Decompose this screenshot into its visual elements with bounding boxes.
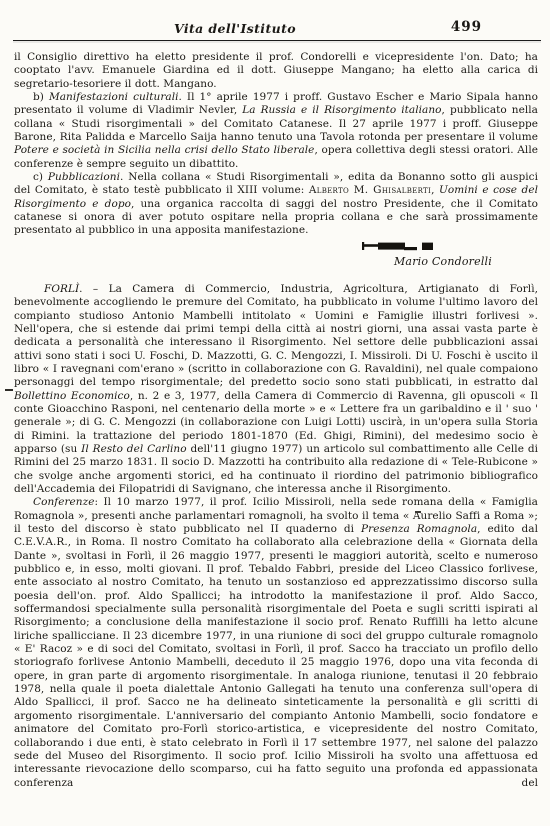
signature-name: Mario Condorelli bbox=[14, 255, 492, 268]
paragraph-pubblicazioni: c) Pubblicazioni. Nella collana « Studi … bbox=[14, 171, 538, 238]
italic-run: Bollettino Economico bbox=[14, 390, 130, 402]
running-title: Vita dell'Istituto bbox=[14, 21, 456, 36]
text-run: c) bbox=[33, 171, 48, 183]
ink-smudge-icon bbox=[362, 241, 440, 252]
text-run: b) bbox=[33, 91, 49, 103]
paragraph-consiglio-direttivo: il Consiglio direttivo ha eletto preside… bbox=[14, 51, 538, 91]
italic-run: Potere e società in Sicilia nella crisi … bbox=[14, 144, 314, 156]
text-run: il Consiglio direttivo ha eletto preside… bbox=[14, 51, 538, 90]
paragraph-manifestazioni-culturali: b) Manifestazioni culturali. Il 1° april… bbox=[14, 91, 538, 171]
article-body: il Consiglio direttivo ha eletto preside… bbox=[14, 51, 538, 790]
scan-artifact-dash bbox=[5, 389, 13, 391]
italic-run: Il Resto del Carlino bbox=[81, 443, 186, 455]
scanned-page: Vita dell'Istituto 499 il Consiglio dire… bbox=[0, 0, 550, 826]
paragraph-forli: FORLÌ. – La Camera di Commercio, Industr… bbox=[14, 283, 538, 497]
scan-artifact-dot bbox=[415, 511, 421, 513]
section-forli: FORLÌ. – La Camera di Commercio, Industr… bbox=[14, 283, 538, 790]
italic-run: FORLÌ bbox=[44, 283, 79, 295]
text-run: , bbox=[431, 184, 439, 196]
smallcaps-run: Alberto M. Ghisalberti bbox=[309, 184, 431, 196]
italic-run: Manifestazioni culturali bbox=[49, 91, 179, 103]
header-rule bbox=[13, 40, 541, 41]
smudge-line bbox=[14, 241, 492, 252]
italic-run: Conferenze bbox=[33, 496, 94, 508]
page-header: Vita dell'Istituto 499 bbox=[14, 21, 538, 39]
italic-run: Presenza Romagnola bbox=[361, 523, 477, 535]
paragraph-conferenze: Conferenze: Il 10 marzo 1977, il prof. I… bbox=[14, 496, 538, 790]
text-run: , edito dal C.E.V.A.R., in Roma. Il nost… bbox=[14, 523, 538, 789]
italic-run: La Russia e il Risorgimento italiano bbox=[242, 104, 441, 116]
text-run: . – La Camera di Commercio, Industria, A… bbox=[14, 283, 538, 388]
signature-block: Mario Condorelli bbox=[14, 241, 538, 268]
page-number: 499 bbox=[451, 19, 482, 35]
italic-run: Pubblicazioni bbox=[48, 171, 120, 183]
section-catania: il Consiglio direttivo ha eletto preside… bbox=[14, 51, 538, 238]
